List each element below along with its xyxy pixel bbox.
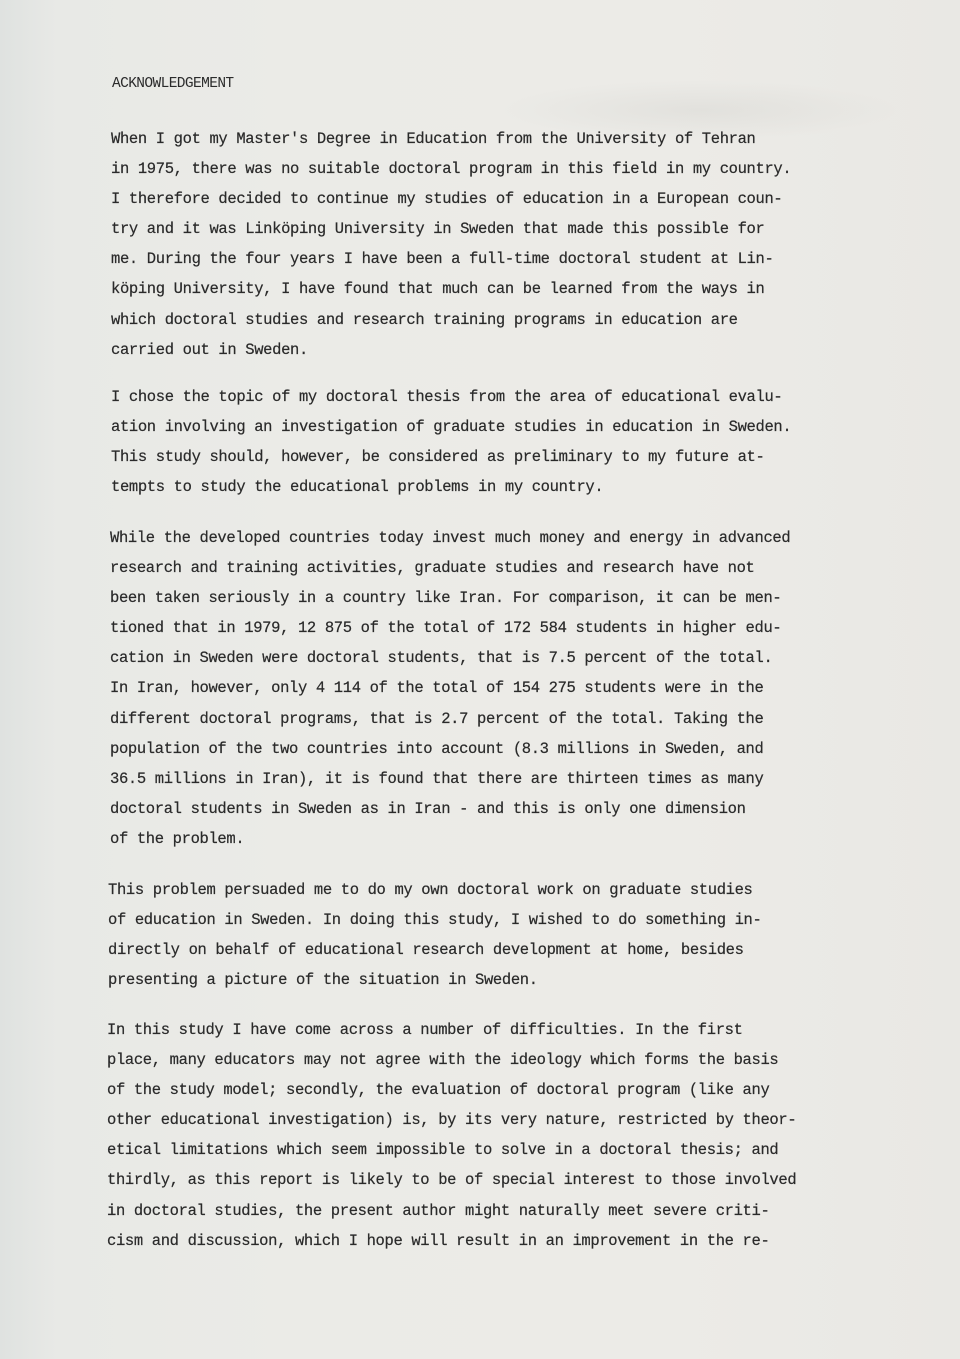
scanned-page: ACKNOWLEDGEMENT When I got my Master's D… xyxy=(0,0,960,1359)
text-line: tioned that in 1979, 12 875 of the total… xyxy=(110,613,790,643)
text-line: While the developed countries today inve… xyxy=(110,523,790,553)
text-line: place, many educators may not agree with… xyxy=(107,1045,796,1075)
text-line: in doctoral studies, the present author … xyxy=(107,1196,796,1226)
text-line: This study should, however, be considere… xyxy=(111,442,791,472)
page-heading: ACKNOWLEDGEMENT xyxy=(112,76,234,92)
text-line: cism and discussion, which I hope will r… xyxy=(107,1226,796,1256)
text-line: köping University, I have found that muc… xyxy=(111,274,791,304)
text-line: been taken seriously in a country like I… xyxy=(110,583,790,613)
text-line: When I got my Master's Degree in Educati… xyxy=(111,124,791,154)
text-line: me. During the four years I have been a … xyxy=(111,244,791,274)
paragraph-2: I chose the topic of my doctoral thesis … xyxy=(111,382,791,502)
text-line: of education in Sweden. In doing this st… xyxy=(108,905,761,935)
text-line: cation in Sweden were doctoral students,… xyxy=(110,643,790,673)
paragraph-3: While the developed countries today inve… xyxy=(110,523,790,854)
text-line: population of the two countries into acc… xyxy=(110,734,790,764)
text-line: ation involving an investigation of grad… xyxy=(111,412,791,442)
text-line: of the problem. xyxy=(110,824,790,854)
text-line: doctoral students in Sweden as in Iran -… xyxy=(110,794,790,824)
text-line: which doctoral studies and research trai… xyxy=(111,305,791,335)
text-line: different doctoral programs, that is 2.7… xyxy=(110,704,790,734)
text-line: 36.5 millions in Iran), it is found that… xyxy=(110,764,790,794)
text-line: This problem persuaded me to do my own d… xyxy=(108,875,761,905)
paragraph-1: When I got my Master's Degree in Educati… xyxy=(111,124,791,365)
text-line: directly on behalf of educational resear… xyxy=(108,935,761,965)
text-line: etical limitations which seem impossible… xyxy=(107,1135,796,1165)
text-line: of the study model; secondly, the evalua… xyxy=(107,1075,796,1105)
text-line: thirdly, as this report is likely to be … xyxy=(107,1165,796,1195)
paragraph-5: In this study I have come across a numbe… xyxy=(107,1015,796,1256)
text-line: other educational investigation) is, by … xyxy=(107,1105,796,1135)
text-line: I therefore decided to continue my studi… xyxy=(111,184,791,214)
text-line: presenting a picture of the situation in… xyxy=(108,965,761,995)
paragraph-4: This problem persuaded me to do my own d… xyxy=(108,875,761,995)
text-line: I chose the topic of my doctoral thesis … xyxy=(111,382,791,412)
text-line: carried out in Sweden. xyxy=(111,335,791,365)
text-line: tempts to study the educational problems… xyxy=(111,472,791,502)
text-line: In Iran, however, only 4 114 of the tota… xyxy=(110,673,790,703)
text-line: research and training activities, gradua… xyxy=(110,553,790,583)
text-line: in 1975, there was no suitable doctoral … xyxy=(111,154,791,184)
text-line: In this study I have come across a numbe… xyxy=(107,1015,796,1045)
text-line: try and it was Linköping University in S… xyxy=(111,214,791,244)
